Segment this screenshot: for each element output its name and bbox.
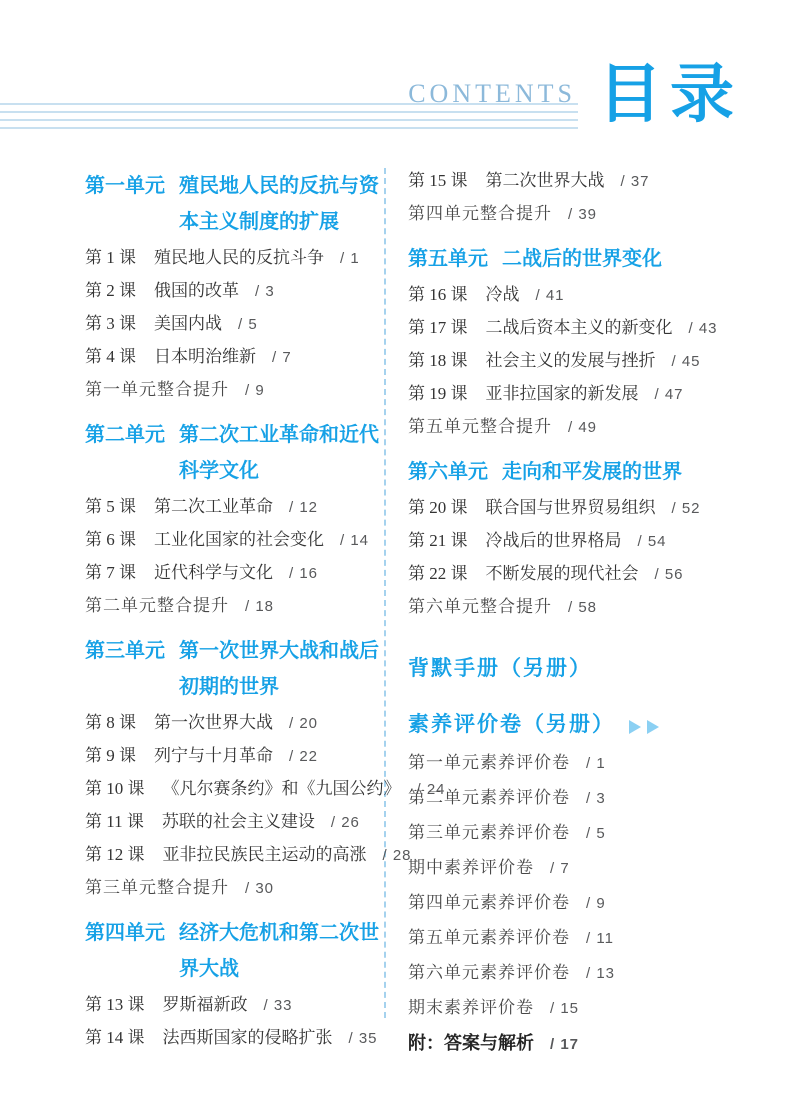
page-ref: / 9 (245, 375, 265, 407)
toc-lesson-row: 第 1 课殖民地人民的反抗斗争/ 1 (85, 242, 391, 275)
page-ref: / 37 (621, 166, 650, 198)
review-title: 第二单元素养评价卷 (408, 781, 570, 815)
page-ref: / 18 (245, 591, 274, 623)
lesson-title: 冷战后的世界格局 (486, 525, 622, 557)
lesson-title: 美国内战 (154, 308, 222, 340)
toc-lesson-row: 第 4 课日本明治维新/ 7 (85, 341, 391, 374)
toc-lesson-row: 第 8 课第一次世界大战/ 20 (85, 707, 391, 740)
review-title: 期中素养评价卷 (408, 851, 534, 885)
toc-appendix-row: 附：答案与解析/ 17 (408, 1026, 754, 1062)
page-title: 目录 (598, 62, 742, 126)
review-title: 期末素养评价卷 (408, 991, 534, 1025)
page-ref: / 30 (245, 873, 274, 905)
toc-review-row: 期中素养评价卷/ 7 (408, 851, 754, 886)
toc-left-column: 第一单元殖民地人民的反抗与资本主义制度的扩展第 1 课殖民地人民的反抗斗争/ 1… (85, 168, 391, 1055)
header-rule (0, 119, 578, 121)
page-ref: / 17 (550, 1028, 579, 1062)
review-title: 第一单元整合提升 (85, 374, 229, 406)
toc-review-row: 第三单元整合提升/ 30 (85, 872, 391, 905)
toc-lesson-row: 第 17 课二战后资本主义的新变化/ 43 (408, 312, 754, 345)
toc-section: 第一单元殖民地人民的反抗与资本主义制度的扩展第 1 课殖民地人民的反抗斗争/ 1… (85, 168, 391, 407)
page-ref: / 14 (340, 525, 369, 557)
booklet-title: 背默手册（另册） (408, 648, 592, 688)
lesson-title: 第二次世界大战 (486, 165, 605, 197)
lesson-number-label: 第 18 课 (408, 345, 468, 377)
toc-review-row: 第一单元素养评价卷/ 1 (408, 746, 754, 781)
page-ref: / 5 (586, 817, 606, 851)
lesson-title: 冷战 (486, 279, 520, 311)
toc-review-row: 第三单元素养评价卷/ 5 (408, 816, 754, 851)
review-title: 第五单元素养评价卷 (408, 921, 570, 955)
contents-label: CONTENTS (408, 79, 576, 109)
lesson-title: 联合国与世界贸易组织 (486, 492, 656, 524)
toc-review-row: 第六单元整合提升/ 58 (408, 591, 754, 624)
page-ref: / 54 (638, 526, 667, 558)
unit-lesson-list: 第 20 课联合国与世界贸易组织/ 52第 21 课冷战后的世界格局/ 54第 … (408, 492, 754, 624)
toc-lesson-row: 第 3 课美国内战/ 5 (85, 308, 391, 341)
toc-section: 第六单元走向和平发展的世界第 20 课联合国与世界贸易组织/ 52第 21 课冷… (408, 452, 754, 624)
lesson-number-label: 第 6 课 (85, 524, 136, 556)
lesson-title: 《凡尔赛条约》和《九国公约》 (163, 773, 401, 805)
lesson-number-label: 第 3 课 (85, 308, 136, 340)
lesson-number-label: 第 12 课 (85, 839, 145, 871)
toc-lesson-row: 第 21 课冷战后的世界格局/ 54 (408, 525, 754, 558)
lesson-number-label: 第 9 课 (85, 740, 136, 772)
lesson-title: 近代科学与文化 (154, 557, 273, 589)
toc-right-column: 第 15 课第二次世界大战/ 37第四单元整合提升/ 39第五单元二战后的世界变… (408, 165, 754, 1062)
unit-lesson-list: 第 8 课第一次世界大战/ 20第 9 课列宁与十月革命/ 22第 10 课《凡… (85, 707, 391, 905)
review-title: 第二单元整合提升 (85, 590, 229, 622)
toc-lesson-row: 第 9 课列宁与十月革命/ 22 (85, 740, 391, 773)
lesson-title: 罗斯福新政 (163, 989, 248, 1021)
lesson-number-label: 第 19 课 (408, 378, 468, 410)
toc-section: 第三单元第一次世界大战和战后初期的世界第 8 课第一次世界大战/ 20第 9 课… (85, 633, 391, 905)
unit-title: 殖民地人民的反抗与资本主义制度的扩展 (179, 168, 391, 240)
booklet-item-list: 第一单元素养评价卷/ 1第二单元素养评价卷/ 3第三单元素养评价卷/ 5期中素养… (408, 746, 754, 1062)
toc-lesson-row: 第 15 课第二次世界大战/ 37 (408, 165, 754, 198)
header-rule (0, 127, 578, 129)
toc-section: 第五单元二战后的世界变化第 16 课冷战/ 41第 17 课二战后资本主义的新变… (408, 239, 754, 444)
unit-heading: 第五单元二战后的世界变化 (408, 239, 754, 279)
lesson-number-label: 第 14 课 (85, 1022, 145, 1054)
toc-review-row: 第一单元整合提升/ 9 (85, 374, 391, 407)
booklet-heading: 背默手册（另册） (408, 648, 754, 688)
unit-title: 二战后的世界变化 (502, 239, 726, 279)
toc-lesson-row: 第 18 课社会主义的发展与挫折/ 45 (408, 345, 754, 378)
toc-lesson-row: 第 13 课罗斯福新政/ 33 (85, 989, 391, 1022)
lesson-number-label: 第 4 课 (85, 341, 136, 373)
page-ref: / 56 (655, 559, 684, 591)
review-title: 第三单元整合提升 (85, 872, 229, 904)
right-arrow-icon (647, 720, 659, 734)
page-ref: / 3 (255, 276, 275, 308)
page-ref: / 16 (289, 558, 318, 590)
toc-review-row: 第二单元素养评价卷/ 3 (408, 781, 754, 816)
review-title: 第三单元素养评价卷 (408, 816, 570, 850)
unit-heading: 第三单元第一次世界大战和战后初期的世界 (85, 633, 391, 705)
lesson-number-label: 第 22 课 (408, 558, 468, 590)
toc-lesson-row: 第 20 课联合国与世界贸易组织/ 52 (408, 492, 754, 525)
unit-title: 经济大危机和第二次世界大战 (179, 915, 391, 987)
right-arrow-icon (629, 720, 641, 734)
lesson-number-label: 第 21 课 (408, 525, 468, 557)
toc-lesson-row: 第 22 课不断发展的现代社会/ 56 (408, 558, 754, 591)
page-ref: / 33 (264, 990, 293, 1022)
review-title: 第四单元素养评价卷 (408, 886, 570, 920)
page-ref: / 49 (568, 412, 597, 444)
page-ref: / 58 (568, 592, 597, 624)
toc-review-row: 第四单元素养评价卷/ 9 (408, 886, 754, 921)
page-ref: / 5 (238, 309, 258, 341)
page-ref: / 7 (272, 342, 292, 374)
lesson-title: 工业化国家的社会变化 (154, 524, 324, 556)
appendix-title: 附：答案与解析 (408, 1026, 534, 1060)
lesson-title: 第一次世界大战 (154, 707, 273, 739)
lesson-number-label: 第 10 课 (85, 773, 145, 805)
page-ref: / 41 (536, 280, 565, 312)
unit-label: 第二单元 (85, 417, 165, 453)
toc-section: 背默手册（另册） (408, 648, 754, 688)
toc-lesson-row: 第 14 课法西斯国家的侵略扩张/ 35 (85, 1022, 391, 1055)
lesson-number-label: 第 5 课 (85, 491, 136, 523)
toc-review-row: 第六单元素养评价卷/ 13 (408, 956, 754, 991)
lesson-title: 俄国的改革 (154, 275, 239, 307)
unit-label: 第一单元 (85, 168, 165, 204)
lesson-number-label: 第 2 课 (85, 275, 136, 307)
lesson-title: 殖民地人民的反抗斗争 (154, 242, 324, 274)
toc-lesson-row: 第 6 课工业化国家的社会变化/ 14 (85, 524, 391, 557)
page-ref: / 20 (289, 708, 318, 740)
unit-lesson-list: 第 13 课罗斯福新政/ 33第 14 课法西斯国家的侵略扩张/ 35 (85, 989, 391, 1055)
page-ref: / 52 (672, 493, 701, 525)
page-ref: / 22 (289, 741, 318, 773)
page-ref: / 11 (586, 922, 614, 956)
page-ref: / 1 (340, 243, 360, 275)
toc-lesson-row: 第 5 课第二次工业革命/ 12 (85, 491, 391, 524)
lesson-title: 亚非拉国家的新发展 (486, 378, 639, 410)
lesson-title: 法西斯国家的侵略扩张 (163, 1022, 333, 1054)
page-ref: / 26 (331, 807, 360, 839)
review-title: 第五单元整合提升 (408, 411, 552, 443)
unit-label: 第六单元 (408, 452, 488, 492)
unit-lesson-list: 第 5 课第二次工业革命/ 12第 6 课工业化国家的社会变化/ 14第 7 课… (85, 491, 391, 623)
lesson-number-label: 第 13 课 (85, 989, 145, 1021)
unit-title: 走向和平发展的世界 (502, 452, 726, 492)
review-title: 第六单元素养评价卷 (408, 956, 570, 990)
page-ref: / 7 (550, 852, 570, 886)
toc-lesson-row: 第 11 课苏联的社会主义建设/ 26 (85, 806, 391, 839)
page-ref: / 13 (586, 957, 615, 991)
page-ref: / 43 (689, 313, 718, 345)
booklet-title: 素养评价卷（另册） (408, 704, 615, 744)
toc-lesson-row: 第 16 课冷战/ 41 (408, 279, 754, 312)
toc-lesson-row: 第 7 课近代科学与文化/ 16 (85, 557, 391, 590)
toc-section: 第 15 课第二次世界大战/ 37第四单元整合提升/ 39 (408, 165, 754, 231)
review-title: 第四单元整合提升 (408, 198, 552, 230)
unit-heading: 第一单元殖民地人民的反抗与资本主义制度的扩展 (85, 168, 391, 240)
toc-page: CONTENTS 目录 第一单元殖民地人民的反抗与资本主义制度的扩展第 1 课殖… (0, 0, 790, 1101)
toc-lesson-row: 第 12 课亚非拉民族民主运动的高涨/ 28 (85, 839, 391, 872)
lesson-title: 列宁与十月革命 (154, 740, 273, 772)
unit-heading: 第四单元经济大危机和第二次世界大战 (85, 915, 391, 987)
lesson-number-label: 第 20 课 (408, 492, 468, 524)
toc-section: 第二单元第二次工业革命和近代科学文化第 5 课第二次工业革命/ 12第 6 课工… (85, 417, 391, 623)
header-rule (0, 111, 578, 113)
page-ref: / 12 (289, 492, 318, 524)
toc-review-row: 期末素养评价卷/ 15 (408, 991, 754, 1026)
page-ref: / 45 (672, 346, 701, 378)
lesson-number-label: 第 16 课 (408, 279, 468, 311)
toc-lesson-row: 第 2 课俄国的改革/ 3 (85, 275, 391, 308)
lesson-number-label: 第 17 课 (408, 312, 468, 344)
page-ref: / 9 (586, 887, 606, 921)
toc-lesson-row: 第 19 课亚非拉国家的新发展/ 47 (408, 378, 754, 411)
page-ref: / 39 (568, 199, 597, 231)
lesson-title: 亚非拉民族民主运动的高涨 (163, 839, 367, 871)
unit-title: 第二次工业革命和近代科学文化 (179, 417, 391, 489)
review-title: 第六单元整合提升 (408, 591, 552, 623)
unit-label: 第三单元 (85, 633, 165, 669)
lesson-number-label: 第 15 课 (408, 165, 468, 197)
lesson-title: 二战后资本主义的新变化 (486, 312, 673, 344)
page-ref: / 35 (349, 1023, 378, 1055)
booklet-heading: 素养评价卷（另册） (408, 704, 754, 744)
toc-section: 第四单元经济大危机和第二次世界大战第 13 课罗斯福新政/ 33第 14 课法西… (85, 915, 391, 1055)
toc-review-row: 第五单元素养评价卷/ 11 (408, 921, 754, 956)
page-ref: / 1 (586, 747, 606, 781)
lesson-title: 第二次工业革命 (154, 491, 273, 523)
page-ref: / 47 (655, 379, 684, 411)
lesson-number-label: 第 8 课 (85, 707, 136, 739)
toc-review-row: 第四单元整合提升/ 39 (408, 198, 754, 231)
lesson-title: 日本明治维新 (154, 341, 256, 373)
toc-section: 素养评价卷（另册）第一单元素养评价卷/ 1第二单元素养评价卷/ 3第三单元素养评… (408, 704, 754, 1062)
unit-label: 第四单元 (85, 915, 165, 951)
lesson-number-label: 第 7 课 (85, 557, 136, 589)
unit-lesson-list: 第 15 课第二次世界大战/ 37第四单元整合提升/ 39 (408, 165, 754, 231)
toc-lesson-row: 第 10 课《凡尔赛条约》和《九国公约》/ 24 (85, 773, 391, 806)
page-ref: / 15 (550, 992, 579, 1026)
page-ref: / 3 (586, 782, 606, 816)
unit-lesson-list: 第 1 课殖民地人民的反抗斗争/ 1第 2 课俄国的改革/ 3第 3 课美国内战… (85, 242, 391, 407)
unit-heading: 第六单元走向和平发展的世界 (408, 452, 754, 492)
toc-review-row: 第五单元整合提升/ 49 (408, 411, 754, 444)
unit-heading: 第二单元第二次工业革命和近代科学文化 (85, 417, 391, 489)
review-title: 第一单元素养评价卷 (408, 746, 570, 780)
unit-title: 第一次世界大战和战后初期的世界 (179, 633, 391, 705)
unit-lesson-list: 第 16 课冷战/ 41第 17 课二战后资本主义的新变化/ 43第 18 课社… (408, 279, 754, 444)
toc-review-row: 第二单元整合提升/ 18 (85, 590, 391, 623)
lesson-number-label: 第 1 课 (85, 242, 136, 274)
lesson-number-label: 第 11 课 (85, 806, 144, 838)
lesson-title: 苏联的社会主义建设 (162, 806, 315, 838)
lesson-title: 不断发展的现代社会 (486, 558, 639, 590)
unit-label: 第五单元 (408, 239, 488, 279)
lesson-title: 社会主义的发展与挫折 (486, 345, 656, 377)
